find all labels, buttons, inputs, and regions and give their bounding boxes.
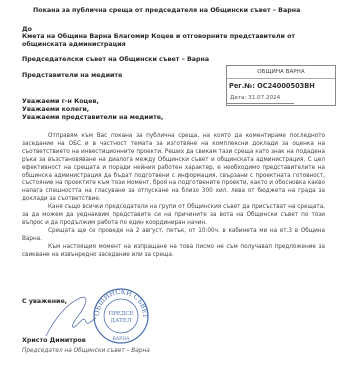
paragraph-no-proposal: Към настоящия момент на изпращане на тов… xyxy=(22,244,325,260)
paragraph-group-chairs: Каня също всички председатели на групи о… xyxy=(22,204,325,228)
registration-stamp: ОБЩИНА ВАРНА Рег.№: ОС24000503ВН Дата: 3… xyxy=(226,65,336,106)
seal-center-line2: ДАТЕЛ xyxy=(111,318,132,324)
greeting-media: Уважаеми представители на медиите, xyxy=(22,114,163,122)
greeting-mayor: Уважаеми г-н Коцев, xyxy=(22,98,99,106)
paragraph-invitation: Отправям към Вас покана за публична срещ… xyxy=(22,133,325,204)
paragraph-meeting-time: Срещата ще се проведе на 2 август, петък… xyxy=(22,228,325,244)
signatory-name: Христо Димитров xyxy=(22,337,86,344)
greeting-colleagues: Уважаеми колеги, xyxy=(22,106,89,114)
seal-center-line1: ПРЕДСЕ xyxy=(108,311,133,317)
addressee-mayor-cont: общинската администрация xyxy=(22,41,126,49)
registration-date: Дата: 31.07.2024 xyxy=(227,94,294,104)
signatory-role: Председател на Общински съвет – Варна xyxy=(22,348,150,354)
letter-document: Покана за публична среща от председателя… xyxy=(0,0,364,371)
registration-municipality: ОБЩИНА ВАРНА xyxy=(227,66,335,79)
addressee-media: Представители на медиите xyxy=(22,72,122,80)
letter-body: Отправям към Вас покана за публична срещ… xyxy=(22,133,325,260)
addressee-mayor: Кмета на Община Варна Благомир Коцев и о… xyxy=(22,33,295,41)
registration-number: Рег.№: ОС24000503ВН xyxy=(227,79,335,94)
seal-bottom-text: ВАРНА xyxy=(112,336,130,342)
official-seal-icon: ОБЩИНСКИ СЪВЕТ ПРЕДСЕ ДАТЕЛ ВАРНА xyxy=(92,287,150,345)
addressee-council: Председателски съвет на Общински съвет –… xyxy=(22,56,209,64)
document-title: Покана за публична среща от председателя… xyxy=(33,7,300,14)
